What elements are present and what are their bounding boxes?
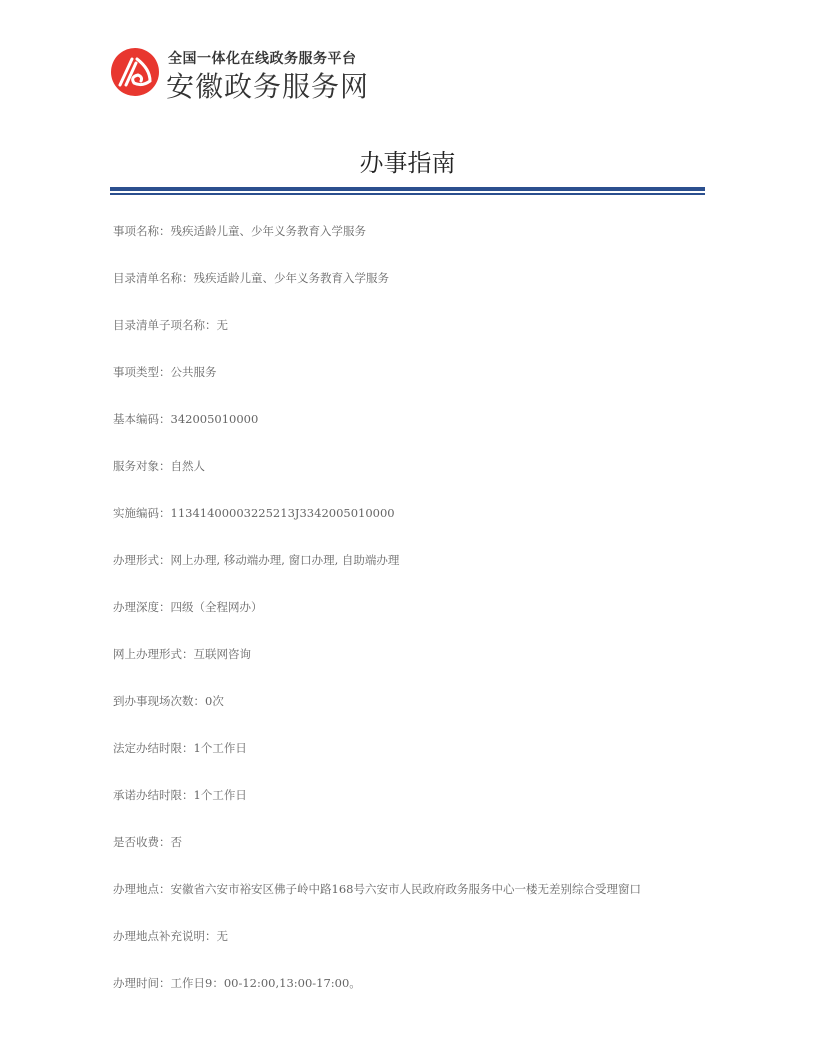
page-title: 办事指南 xyxy=(0,143,815,178)
field-handling-form: 办理形式：网上办理, 移动端办理, 窗口办理, 自助端办理 xyxy=(113,552,399,568)
field-fee: 是否收费：否 xyxy=(113,834,182,850)
anhui-emblem-icon xyxy=(110,47,160,97)
field-online-form: 网上办理形式：互联网咨询 xyxy=(113,646,251,662)
title-divider-thin xyxy=(110,193,705,195)
field-office-hours: 办理时间：工作日9：00-12:00,13:00-17:00。 xyxy=(113,975,361,991)
field-item-type: 事项类型：公共服务 xyxy=(113,364,217,380)
field-handling-depth: 办理深度：四级（全程网办） xyxy=(113,599,263,615)
field-location: 办理地点：安徽省六安市裕安区佛子岭中路168号六安市人民政府政务服务中心一楼无差… xyxy=(113,881,641,897)
title-divider-thick xyxy=(110,187,705,191)
field-implementation-code: 实施编码：11341400003225213J3342005010000 xyxy=(113,505,395,521)
site-logo: 全国一体化在线政务服务平台 安徽政务服务网 xyxy=(110,47,390,101)
field-catalog-subitem: 目录清单子项名称：无 xyxy=(113,317,228,333)
field-legal-time-limit: 法定办结时限：1个工作日 xyxy=(113,740,247,756)
field-basic-code: 基本编码：342005010000 xyxy=(113,411,258,427)
field-catalog-name: 目录清单名称：残疾适龄儿童、少年义务教育入学服务 xyxy=(113,270,389,286)
field-service-target: 服务对象：自然人 xyxy=(113,458,205,474)
field-item-name: 事项名称：残疾适龄儿童、少年义务教育入学服务 xyxy=(113,223,366,239)
field-location-note: 办理地点补充说明：无 xyxy=(113,928,228,944)
field-visit-count: 到办事现场次数：0次 xyxy=(113,693,224,709)
logo-title: 安徽政务服务网 xyxy=(166,65,369,105)
field-promised-time-limit: 承诺办结时限：1个工作日 xyxy=(113,787,247,803)
